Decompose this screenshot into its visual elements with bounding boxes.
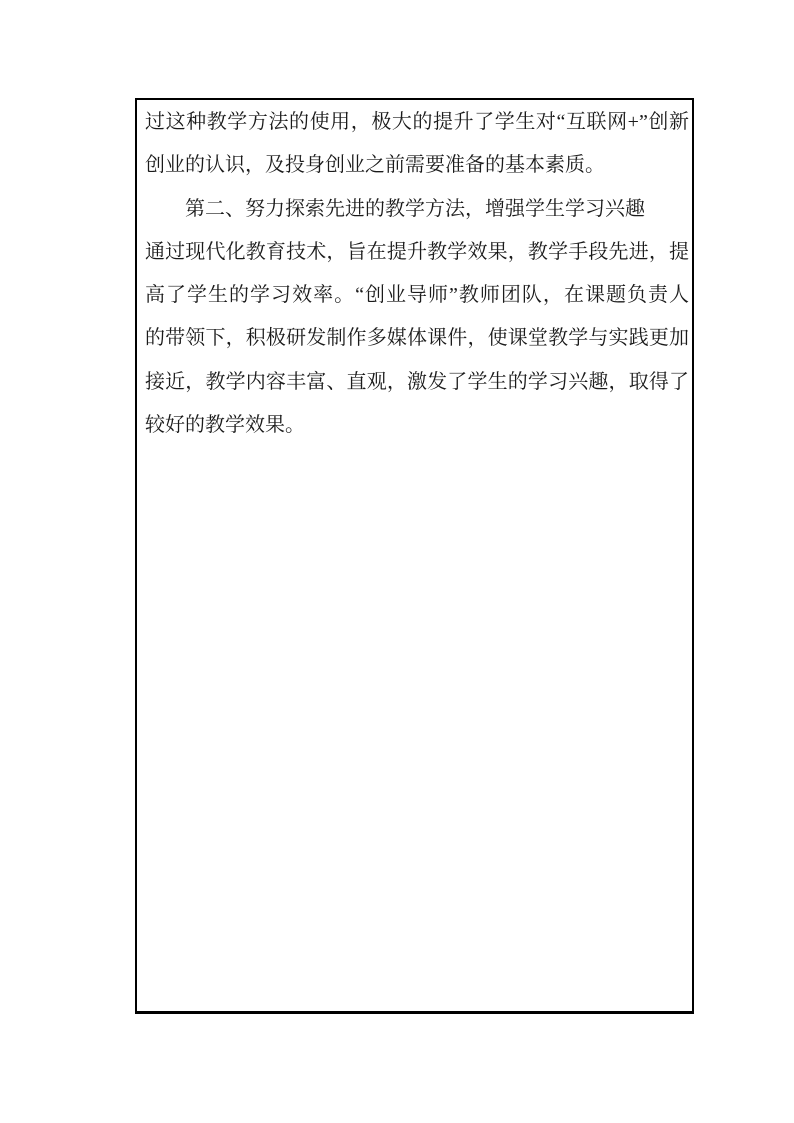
text-line-heading: 第二、努力探索先进的教学方法，增强学生学习兴趣 — [145, 188, 689, 231]
cell-text-block: 过这种教学方法的使用，极大的提升了学生对“互联网+”创新 创业的认识，及投身创业… — [137, 100, 692, 447]
text-line: 过这种教学方法的使用，极大的提升了学生对“互联网+”创新 — [145, 101, 689, 144]
text-line: 较好的教学效果。 — [145, 404, 689, 447]
text-line: 通过现代化教育技术，旨在提升教学效果，教学手段先进，提 — [145, 231, 689, 274]
document-page: 过这种教学方法的使用，极大的提升了学生对“互联网+”创新 创业的认识，及投身创业… — [0, 0, 794, 1123]
text-line: 接近，教学内容丰富、直观，激发了学生的学习兴趣，取得了 — [145, 361, 689, 404]
text-line: 高了学生的学习效率。“创业导师”教师团队，在课题负责人 — [145, 274, 689, 317]
text-line: 创业的认识，及投身创业之前需要准备的基本素质。 — [145, 144, 689, 187]
text-line: 的带领下，积极研发制作多媒体课件，使课堂教学与实践更加 — [145, 317, 689, 360]
table-cell-border: 过这种教学方法的使用，极大的提升了学生对“互联网+”创新 创业的认识，及投身创业… — [135, 98, 694, 1014]
